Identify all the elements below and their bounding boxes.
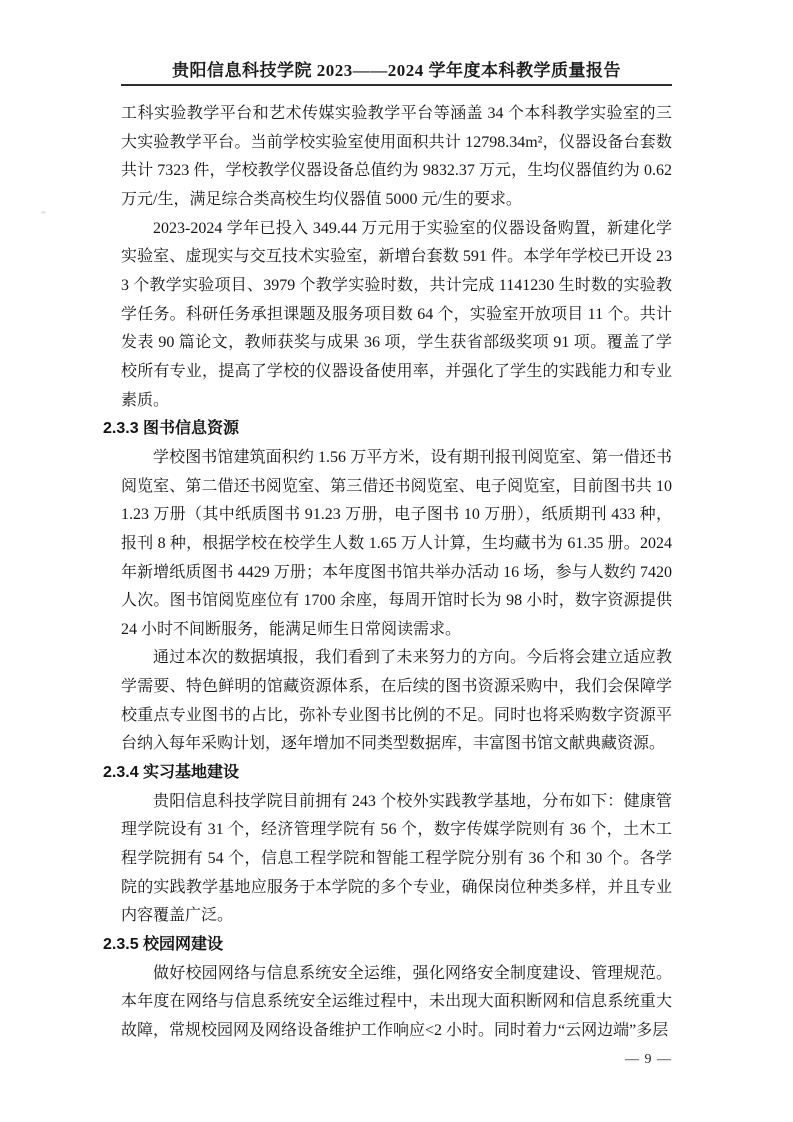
document-body: 工科实验教学平台和艺术传媒实验教学平台等涵盖 34 个本科教学实验室的三大实验教… bbox=[121, 100, 672, 1046]
section-heading-library-resources: 2.3.3 图书信息资源 bbox=[103, 415, 672, 444]
page-footer: — 9 — bbox=[121, 1052, 672, 1068]
paragraph-practice-bases: 贵阳信息科技学院目前拥有 243 个校外实践教学基地，分布如下：健康管理学院设有… bbox=[121, 788, 672, 931]
page-header: 贵阳信息科技学院 2023——2024 学年度本科教学质量报告 bbox=[121, 0, 672, 94]
paragraph-experiment-platforms: 工科实验教学平台和艺术传媒实验教学平台等涵盖 34 个本科教学实验室的三大实验教… bbox=[121, 100, 672, 215]
scan-artifact bbox=[41, 211, 46, 214]
document-page: 贵阳信息科技学院 2023——2024 学年度本科教学质量报告 工科实验教学平台… bbox=[0, 0, 793, 1122]
header-rule bbox=[121, 84, 672, 86]
report-title: 贵阳信息科技学院 2023——2024 学年度本科教学质量报告 bbox=[121, 0, 672, 82]
paragraph-library-plan: 通过本次的数据填报，我们看到了未来努力的方向。今后将会建立适应教学需要、特色鲜明… bbox=[121, 644, 672, 759]
section-heading-campus-network: 2.3.5 校园网建设 bbox=[103, 931, 672, 960]
paragraph-lab-investment: 2023-2024 学年已投入 349.44 万元用于实验室的仪器设备购置，新建… bbox=[121, 215, 672, 416]
section-heading-practice-bases: 2.3.4 实习基地建设 bbox=[103, 759, 672, 788]
paragraph-library-overview: 学校图书馆建筑面积约 1.56 万平方米，设有期刊报刊阅览室、第一借还书阅览室、… bbox=[121, 444, 672, 645]
paragraph-campus-network: 做好校园网络与信息系统安全运维，强化网络安全制度建设、管理规范。本年度在网络与信… bbox=[121, 960, 672, 1046]
page-number: — 9 — bbox=[625, 1052, 672, 1067]
